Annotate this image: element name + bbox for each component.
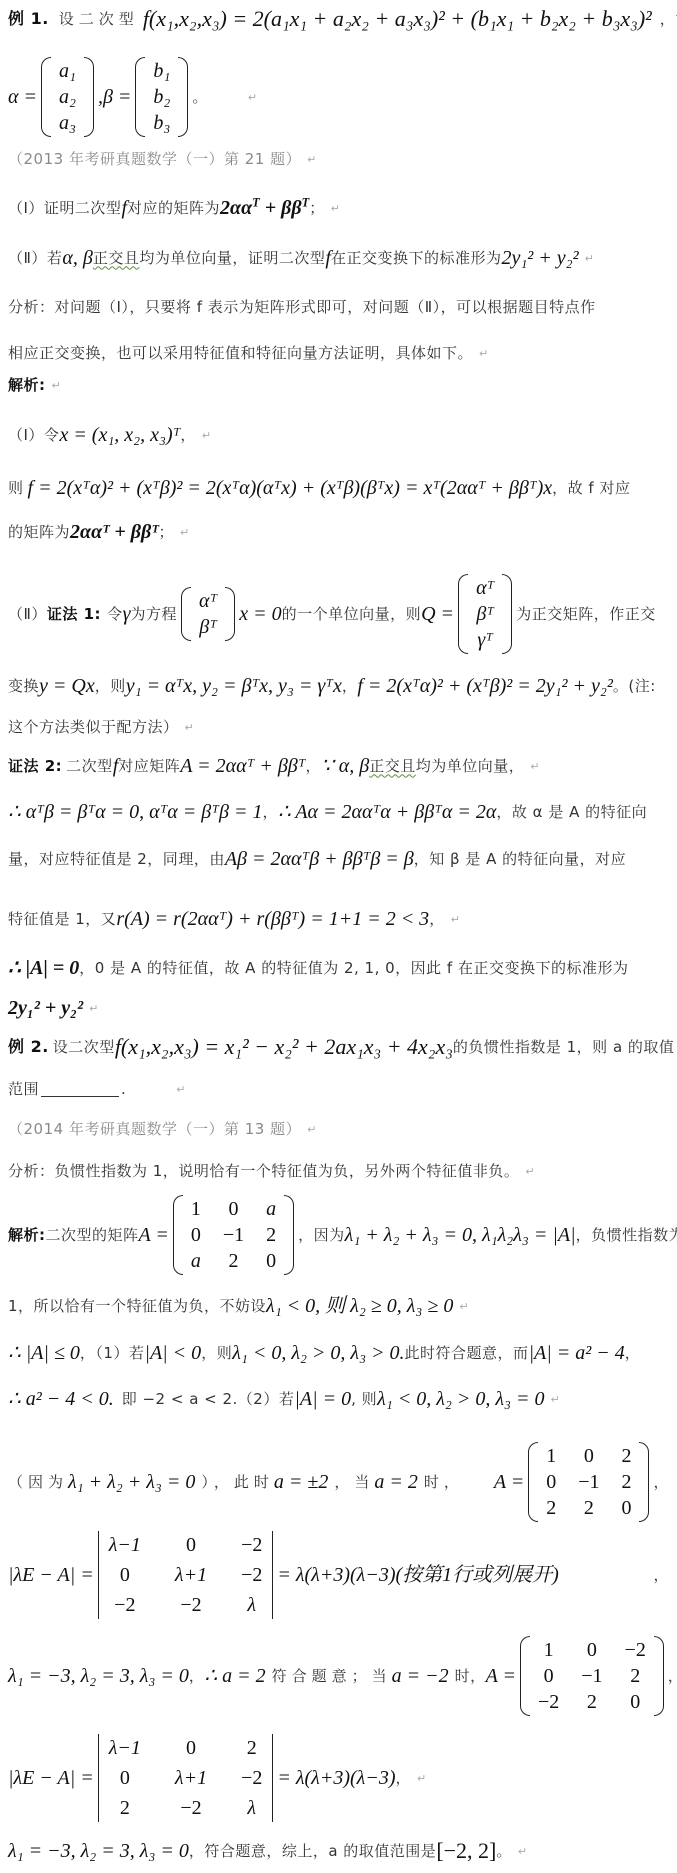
proof1-line: （Ⅱ） 证法 1: 令 γ 为方程 αᵀ βᵀ x = 0 的一个单位向量，则 …	[8, 570, 669, 658]
paragraph-mark-icon: ↵	[530, 761, 539, 772]
example2-source: （2014 年考研真题数学（一）第 13 题） ↵	[8, 1122, 669, 1137]
paragraph-mark-icon: ↵	[459, 1301, 468, 1312]
paragraph-mark-icon: ↵	[52, 380, 61, 391]
example1-solution-label: 解析: ↵	[8, 378, 669, 393]
paragraph-mark-icon: ↵	[185, 722, 194, 733]
proof2-determinant: ∴ |A| = 0 ，0 是 A 的特征值，故 A 的特征值为 2, 1, 0，…	[8, 958, 669, 978]
example2-analysis: 分析：负惯性指数为 1，说明恰有一个特征值为负，另外两个特征值非负。 ↵	[8, 1164, 669, 1179]
example1-source: （2013 年考研真题数学（一）第 21 题） ↵	[8, 152, 669, 167]
example2-statement: 例 2. 设二次型 f(x₁,x₂,x₃) = x₁² − x₂² + 2ax₁…	[8, 1036, 669, 1058]
paragraph-mark-icon: ↵	[525, 1166, 534, 1177]
grammar-underline: 正交且	[369, 759, 416, 774]
example2-assume: 1，所以恰有一个特征值为负，不妨设 λ₁ < 0, 则 λ₂ ≥ 0, λ₃ ≥…	[8, 1296, 669, 1316]
matrix-a-positive: 102 0−12 220	[528, 1442, 649, 1522]
example2-case1: ∴ |A| ≤ 0 ，（1）若 |A| < 0 ，则 λ₁ < 0, λ₂ > …	[8, 1343, 669, 1363]
grammar-underline: 正交且	[93, 251, 140, 266]
alpha-entry: a₂	[59, 87, 76, 107]
example1-intro: 设二次型	[59, 12, 139, 27]
example2-result1: λ₁ = −3, λ₂ = 3, λ₃ = 0 ， ∴ a = 2 符合题意；当…	[8, 1635, 669, 1717]
paragraph-mark-icon: ↵	[585, 253, 594, 264]
solution-part1-derivation: 则 f = 2(xᵀα)² + (xᵀβ)² = 2(xᵀα)(αᵀx) + (…	[8, 478, 669, 498]
paragraph-mark-icon: ↵	[550, 1394, 559, 1405]
beta-label: ,β =	[98, 87, 131, 107]
end-mark: 。	[192, 90, 208, 105]
final-range: [−2, 2]	[436, 1840, 496, 1862]
alpha-entry: a₁	[59, 61, 76, 81]
example1-analysis-line2: 相应正交变换，也可以采用特征值和特征向量方法证明，具体如下。 ↵	[8, 346, 669, 361]
paragraph-mark-icon: ↵	[202, 430, 211, 441]
example2-solution: 解析: 二次型的矩阵 A = 10a 0−12 a20 ，因为 λ₁ + λ₂ …	[8, 1194, 669, 1276]
paragraph-mark-icon: ↵	[180, 527, 189, 538]
proof1-note: 这个方法类似于配方法） ↵	[8, 720, 669, 735]
proof2-final: 2y₁² + y₂² ↵	[8, 998, 669, 1018]
q-matrix: αᵀ βᵀ γᵀ	[458, 574, 512, 654]
example1-part1: （Ⅰ）证明二次型 f 对应的矩阵为 2ααT + ββT ； ↵	[8, 198, 669, 218]
paragraph-mark-icon: ↵	[248, 92, 257, 103]
paragraph-mark-icon: ↵	[89, 1003, 98, 1014]
matrix-a: 10a 0−12 a20	[173, 1195, 294, 1275]
beta-entry: b₂	[153, 87, 170, 107]
example2-conclusion: λ₁ = −3, λ₂ = 3, λ₃ = 0 ，符合题意，综上，a 的取值范围…	[8, 1840, 669, 1862]
proof2-therefore: ∴ αᵀβ = βᵀα = 0, αᵀα = βᵀβ = 1 ， ∴ Aα = …	[8, 802, 669, 822]
paragraph-mark-icon: ↵	[518, 1846, 527, 1857]
alpha-label: α =	[8, 87, 37, 107]
system-matrix: αᵀ βᵀ	[181, 587, 235, 641]
example1-label: 例 1.	[8, 11, 49, 27]
example2-det1: |λE − A| = λ−10−2 0λ+1−2 −2−2λ = λ(λ+3)(…	[8, 1535, 669, 1615]
beta-vector: b₁ b₂ b₃	[135, 57, 188, 137]
example2-range: 范围 . ↵	[8, 1082, 669, 1097]
beta-entry: b₃	[153, 113, 170, 133]
paragraph-mark-icon: ↵	[307, 154, 316, 165]
matrix-a-negative: 10−2 0−12 −220	[520, 1636, 664, 1716]
determinant-2: λ−102 0λ+1−2 2−2λ	[98, 1734, 274, 1822]
solution-part1-result: 的矩阵为 2ααᵀ + ββᵀ ； ↵	[8, 522, 669, 542]
proof1-transform: 变换 y = Qx ，则 y₁ = αᵀx, y₂ = βᵀx, y₃ = γᵀ…	[8, 676, 669, 696]
alpha-entry: a₃	[59, 113, 76, 133]
paragraph-mark-icon: ↵	[417, 1773, 426, 1784]
paragraph-mark-icon: ↵	[451, 914, 460, 925]
paragraph-mark-icon: ↵	[479, 348, 488, 359]
paragraph-mark-icon: ↵	[331, 203, 340, 214]
determinant-1: λ−10−2 0λ+1−2 −2−2λ	[98, 1531, 274, 1619]
proof2-line: 证法 2: 二次型 f 对应矩阵 A = 2ααᵀ + ββᵀ ， ∵ α, β…	[8, 756, 669, 776]
solution-part1-let: （Ⅰ）令 x = (x₁, x₂, x₃)ᵀ ， ↵	[8, 425, 669, 445]
answer-blank	[41, 1082, 119, 1097]
example2-det2: |λE − A| = λ−102 0λ+1−2 2−2λ = λ(λ+3)(λ−…	[8, 1738, 669, 1818]
example1-part2: （Ⅱ）若 α, β 正交且 均为单位向量，证明二次型 f 在正交变换下的标准形为…	[8, 248, 669, 268]
paragraph-mark-icon: ↵	[176, 1084, 185, 1095]
proof2-eigenvector: 量，对应特征值是 2，同理，由 Aβ = 2ααᵀβ + ββᵀβ = β ，知…	[8, 849, 669, 869]
example1-analysis-line1: 分析：对问题（Ⅰ），只要将 f 表示为矩阵形式即可，对问题（Ⅱ），可以根据题目特…	[8, 300, 669, 315]
example2-case2: （因为 λ₁ + λ₂ + λ₃ = 0 ），此时 a = ±2 ，当 a = …	[8, 1442, 669, 1522]
example1-statement: 例 1. 设二次型 f(x₁,x₂,x₃) = 2(a₁x₁ + a₂x₂ + …	[8, 8, 669, 30]
alpha-beta-definition: α = a₁ a₂ a₃ ,β = b₁ b₂ b₃ 。 ↵	[8, 55, 669, 139]
example1-note-word: ，记	[660, 12, 677, 27]
beta-entry: b₁	[153, 61, 170, 81]
alpha-vector: a₁ a₂ a₃	[41, 57, 94, 137]
paragraph-mark-icon: ↵	[307, 1124, 316, 1135]
proof2-rank: 特征值是 1，又 r(A) = r(2ααᵀ) + r(ββᵀ) = 1+1 =…	[8, 909, 669, 929]
example2-case1b: ∴ a² − 4 < 0. 即 −2 < a < 2.（2）若 |A| = 0 …	[8, 1389, 669, 1409]
example1-formula: f(x₁,x₂,x₃) = 2(a₁x₁ + a₂x₂ + a₃x₃)² + (…	[143, 8, 652, 30]
